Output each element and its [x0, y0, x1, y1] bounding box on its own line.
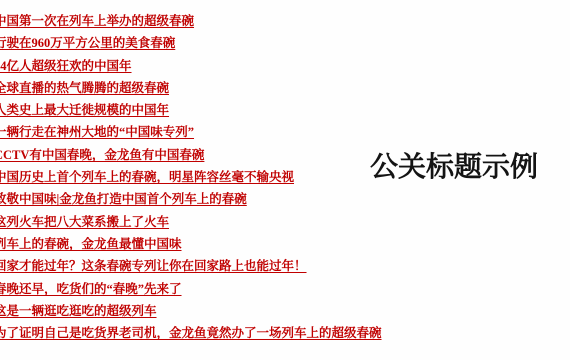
page-title: 公关标题示例 — [370, 145, 538, 185]
headline-link[interactable]: 回家才能过年？这条春碗专列让你在回家路上也能过年！ — [0, 255, 382, 277]
headline-link[interactable]: 春晚还早，吃货们的“春晚”先来了 — [0, 278, 382, 300]
headline-link[interactable]: 行驶在960万平方公里的美食春碗 — [0, 32, 382, 54]
headline-link[interactable]: 一辆行走在神州大地的“中国味专列” — [0, 121, 382, 143]
headline-link[interactable]: 人类史上最大迁徙规模的中国年 — [0, 99, 382, 121]
headline-link[interactable]: 中国第一次在列车上举办的超级春碗 — [0, 10, 382, 32]
headline-link[interactable]: 14亿人超级狂欢的中国年 — [0, 55, 382, 77]
headline-link[interactable]: 这列火车把八大菜系搬上了火车 — [0, 211, 382, 233]
headline-link[interactable]: 为了证明自己是吃货界老司机，金龙鱼竟然办了一场列车上的超级春碗 — [0, 322, 382, 344]
headline-link[interactable]: 致敬中国味|金龙鱼打造中国首个列车上的春碗 — [0, 188, 382, 210]
headline-link[interactable]: 中国历史上首个列车上的春碗，明星阵容丝毫不输央视 — [0, 166, 382, 188]
headline-link[interactable]: CCTV有中国春晚，金龙鱼有中国春碗 — [0, 144, 382, 166]
slide: 中国第一次在列车上举办的超级春碗行驶在960万平方公里的美食春碗14亿人超级狂欢… — [0, 0, 570, 360]
headline-list: 中国第一次在列车上举办的超级春碗行驶在960万平方公里的美食春碗14亿人超级狂欢… — [0, 10, 382, 344]
headline-link[interactable]: 全球直播的热气腾腾的超级春碗 — [0, 77, 382, 99]
headline-link[interactable]: 列车上的春碗，金龙鱼最懂中国味 — [0, 233, 382, 255]
headline-link[interactable]: 这是一辆逛吃逛吃的超级列车 — [0, 300, 382, 322]
